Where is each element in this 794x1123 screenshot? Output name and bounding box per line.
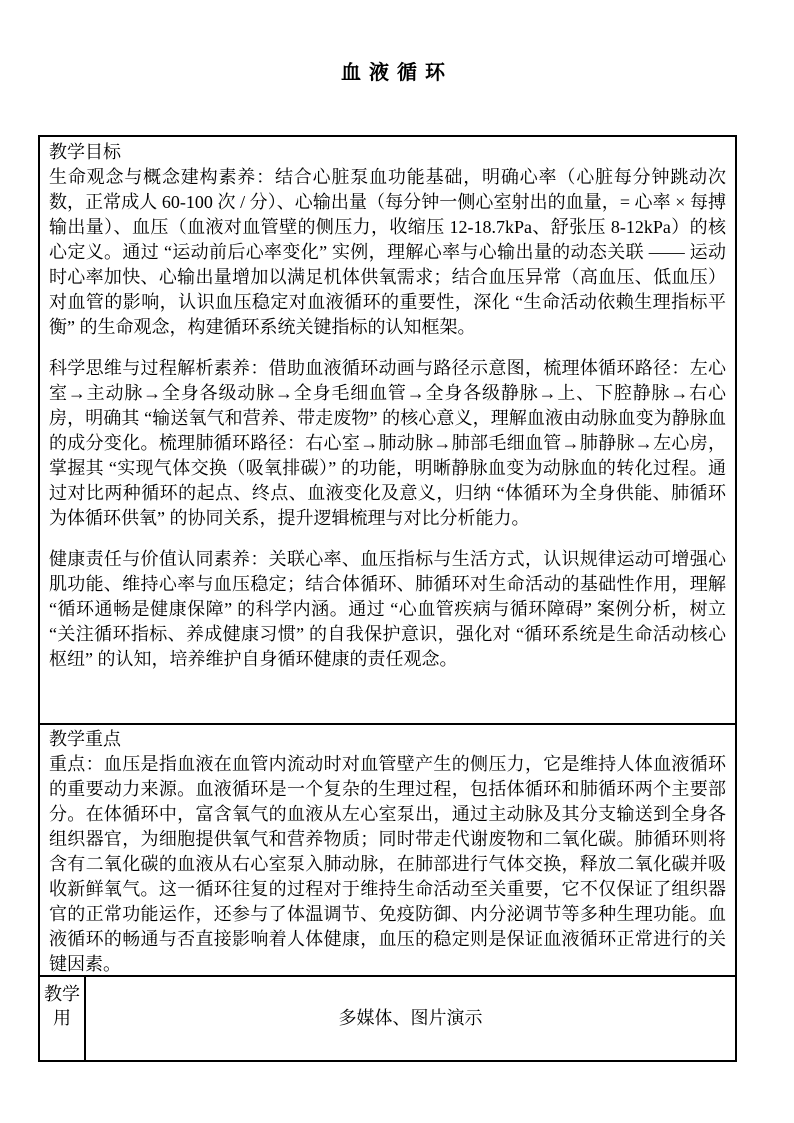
section-teaching-tools: 教学用 多媒体、图片演示 (40, 977, 735, 1060)
document-page: 血液循环 教学目标 生命观念与概念建构素养：结合心脏泵血功能基础，明确心率（心脏… (0, 0, 794, 1123)
lesson-plan-table: 教学目标 生命观念与概念建构素养：结合心脏泵血功能基础，明确心率（心脏每分钟跳动… (38, 135, 737, 1062)
tools-value: 多媒体、图片演示 (86, 977, 735, 1060)
objectives-heading: 教学目标 (49, 140, 726, 165)
tools-label: 教学用 (40, 977, 86, 1060)
section-teaching-objectives: 教学目标 生命观念与概念建构素养：结合心脏泵血功能基础，明确心率（心脏每分钟跳动… (40, 137, 735, 725)
document-title: 血液循环 (0, 0, 794, 85)
keypoints-heading: 教学重点 (49, 727, 726, 752)
objectives-paragraph-life-concepts: 生命观念与概念建构素养：结合心脏泵血功能基础，明确心率（心脏每分钟跳动次数，正常… (49, 165, 726, 340)
section-teaching-keypoints: 教学重点 重点：血压是指血液在血管内流动时对血管壁产生的侧压力，它是维持人体血液… (40, 725, 735, 977)
objectives-paragraph-scientific-thinking: 科学思维与过程解析素养：借助血液循环动画与路径示意图，梳理体循环路径：左心室→主… (49, 356, 726, 531)
keypoints-body: 重点：血压是指血液在血管内流动时对血管壁产生的侧压力，它是维持人体血液循环的重要… (49, 752, 726, 977)
objectives-paragraph-health-responsibility: 健康责任与价值认同素养：关联心率、血压指标与生活方式，认识规律运动可增强心肌功能… (49, 547, 726, 672)
